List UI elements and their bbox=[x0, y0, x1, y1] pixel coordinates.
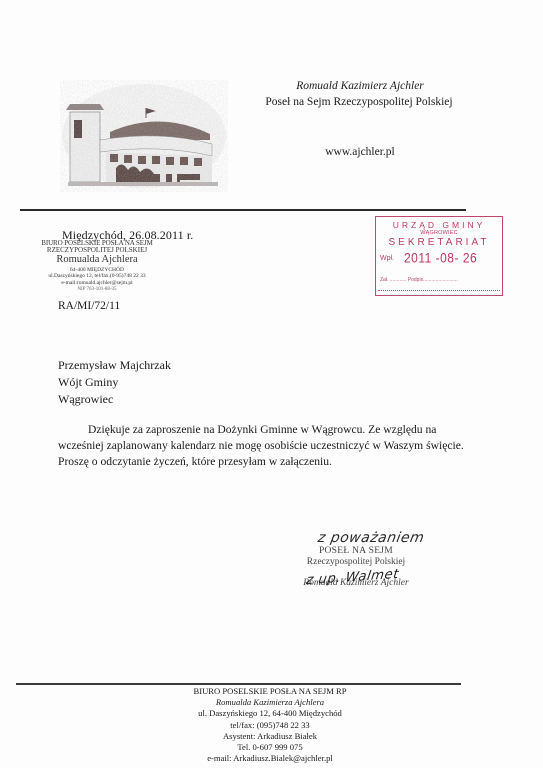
recipient-position: Wójt Gminy bbox=[58, 374, 171, 391]
footer-line: BIURO POSELSKIE POSŁA NA SEJM RP bbox=[140, 686, 400, 697]
footer-line: Tel. 0-607 999 075 bbox=[140, 742, 400, 753]
registry-stamp-subtitle: WĄGROWIEC bbox=[376, 230, 502, 236]
footer-divider bbox=[16, 683, 461, 685]
registry-received-date: 2011 -08- 26 bbox=[404, 250, 477, 266]
footer-address: BIURO POSELSKIE POSŁA NA SEJM RP Romuald… bbox=[140, 686, 400, 764]
author-name: Romuald Kazimierz Ajchler bbox=[240, 80, 480, 92]
handwritten-closing: z poważaniem bbox=[317, 530, 426, 546]
footer-line: ul. Daszyńskiego 12, 64-400 Międzychód bbox=[140, 708, 400, 719]
office-stamp-line: NIP 763-101-88-35 bbox=[24, 287, 170, 292]
footer-line: Romualda Kazimierza Ajchlera bbox=[140, 697, 400, 708]
header-divider bbox=[20, 209, 466, 211]
castle-building-icon bbox=[60, 80, 228, 192]
footer-line: Asystent: Arkadiusz Białek bbox=[140, 731, 400, 742]
scanned-letter-page: Romuald Kazimierz Ajchler Poseł na Sejm … bbox=[0, 0, 543, 768]
recipient-block: Przemysław Majchrzak Wójt Gminy Wągrowie… bbox=[58, 357, 171, 408]
recipient-place: Wągrowiec bbox=[58, 391, 171, 408]
registry-received-label: Wpł. bbox=[380, 255, 394, 262]
office-stamp: BIURO POSELSKIE POSŁA NA SEJM RZECZYPOSP… bbox=[24, 240, 170, 292]
signature-stamp-line: Rzeczypospolitej Polskiej bbox=[286, 557, 426, 568]
registry-stamp-department: SEKRETARIAT bbox=[376, 237, 502, 248]
reference-number: RA/MI/72/11 bbox=[58, 300, 120, 312]
registry-dotted-line bbox=[378, 290, 500, 291]
letter-body: Dziękuje za zaproszenie na Dożynki Gminn… bbox=[58, 422, 478, 470]
author-title: Poseł na Sejm Rzeczypospolitej Polskiej bbox=[234, 96, 484, 108]
office-stamp-line: ul.Daszyńskiego 12, tel/fax.(0-95)748 22… bbox=[24, 274, 170, 280]
signature-stamp-line: POSEŁ NA SEJM bbox=[286, 546, 426, 557]
registry-attachments-signature: Zał. ............ Podpis................… bbox=[380, 277, 458, 283]
body-paragraph: Dziękuje za zaproszenie na Dożynki Gminn… bbox=[58, 423, 464, 468]
office-stamp-line: Romualda Ajchlera bbox=[24, 255, 170, 266]
footer-email: e-mail: Arkadiusz.Bialek@ajchler.pl bbox=[140, 753, 400, 764]
website-link: www.ajchler.pl bbox=[240, 146, 480, 158]
office-stamp-line: RZECZYPOSPOLITEJ POLSKIEJ bbox=[24, 247, 170, 254]
registry-stamp: URZĄD GMINY WĄGROWIEC SEKRETARIAT Wpł. 2… bbox=[375, 216, 503, 296]
footer-line: tel/fax: (095)748 22 33 bbox=[140, 720, 400, 731]
office-stamp-line: e-mail:romuald.ajchler@sejm.pl bbox=[24, 281, 170, 287]
registry-stamp-title: URZĄD GMINY bbox=[376, 220, 502, 230]
recipient-name: Przemysław Majchrzak bbox=[58, 357, 171, 374]
